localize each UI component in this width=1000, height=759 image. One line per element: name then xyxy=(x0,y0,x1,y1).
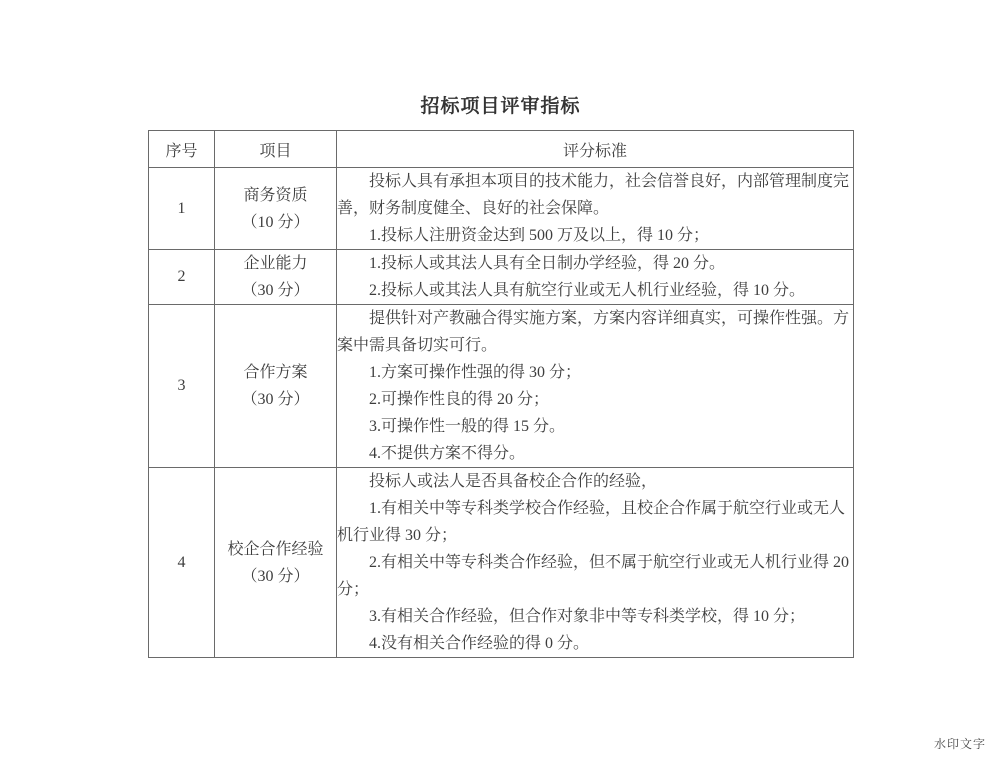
criteria-paragraph: 3.可操作性一般的得 15 分。 xyxy=(337,413,853,440)
item-line: （30 分） xyxy=(215,386,336,413)
item-line: （10 分） xyxy=(215,209,336,236)
table-row: 3 合作方案（30 分） 提供针对产教融合得实施方案，方案内容详细真实，可操作性… xyxy=(149,305,854,468)
watermark-text: 水印文字 xyxy=(934,735,986,752)
criteria-table-header: 序号 项目 评分标准 xyxy=(149,131,854,168)
header-cell-criteria: 评分标准 xyxy=(337,131,854,168)
item-line: 商务资质 xyxy=(215,182,336,209)
criteria-paragraph: 投标人或法人是否具备校企合作的经验， xyxy=(337,468,853,495)
criteria-paragraph: 提供针对产教融合得实施方案，方案内容详细真实，可操作性强。方案中需具备切实可行。 xyxy=(337,305,853,359)
criteria-paragraph: 2.可操作性良的得 20 分； xyxy=(337,386,853,413)
criteria-paragraph: 1.有相关中等专科类学校合作经验，且校企合作属于航空行业或无人机行业得 30 分… xyxy=(337,495,853,549)
row-number: 1 xyxy=(149,168,215,250)
criteria-cell: 提供针对产教融合得实施方案，方案内容详细真实，可操作性强。方案中需具备切实可行。… xyxy=(337,305,854,468)
criteria-paragraph: 4.不提供方案不得分。 xyxy=(337,440,853,467)
table-row: 1 商务资质（10 分） 投标人具有承担本项目的技术能力，社会信誉良好，内部管理… xyxy=(149,168,854,250)
criteria-paragraph: 1.投标人注册资金达到 500 万及以上，得 10 分； xyxy=(337,222,853,249)
criteria-table-body: 1 商务资质（10 分） 投标人具有承担本项目的技术能力，社会信誉良好，内部管理… xyxy=(149,168,854,658)
row-number: 4 xyxy=(149,468,215,658)
item-cell: 合作方案（30 分） xyxy=(215,305,337,468)
item-line: 企业能力 xyxy=(215,250,336,277)
row-number: 3 xyxy=(149,305,215,468)
criteria-paragraph: 2.有相关中等专科类合作经验，但不属于航空行业或无人机行业得 20 分； xyxy=(337,549,853,603)
header-cell-no: 序号 xyxy=(149,131,215,168)
item-cell: 校企合作经验（30 分） xyxy=(215,468,337,658)
criteria-cell: 投标人或法人是否具备校企合作的经验，1.有相关中等专科类学校合作经验，且校企合作… xyxy=(337,468,854,658)
header-row: 序号 项目 评分标准 xyxy=(149,131,854,168)
criteria-table: 序号 项目 评分标准 1 商务资质（10 分） 投标人具有承担本项目的技术能力，… xyxy=(148,130,854,658)
criteria-paragraph: 4.没有相关合作经验的得 0 分。 xyxy=(337,630,853,657)
table-row: 4 校企合作经验（30 分） 投标人或法人是否具备校企合作的经验，1.有相关中等… xyxy=(149,468,854,658)
criteria-paragraph: 2.投标人或其法人具有航空行业或无人机行业经验，得 10 分。 xyxy=(337,277,853,304)
item-line: 合作方案 xyxy=(215,359,336,386)
item-line: （30 分） xyxy=(215,563,336,590)
criteria-paragraph: 1.投标人或其法人具有全日制办学经验，得 20 分。 xyxy=(337,250,853,277)
document-page: 招标项目评审指标 序号 项目 评分标准 1 商务资质（10 分） 投标人具有承担… xyxy=(0,0,1000,759)
criteria-cell: 1.投标人或其法人具有全日制办学经验，得 20 分。2.投标人或其法人具有航空行… xyxy=(337,250,854,305)
row-number: 2 xyxy=(149,250,215,305)
item-line: 校企合作经验 xyxy=(215,536,336,563)
item-cell: 企业能力（30 分） xyxy=(215,250,337,305)
header-cell-item: 项目 xyxy=(215,131,337,168)
item-line: （30 分） xyxy=(215,277,336,304)
criteria-paragraph: 投标人具有承担本项目的技术能力，社会信誉良好，内部管理制度完善，财务制度健全、良… xyxy=(337,168,853,222)
criteria-cell: 投标人具有承担本项目的技术能力，社会信誉良好，内部管理制度完善，财务制度健全、良… xyxy=(337,168,854,250)
table-row: 2 企业能力（30 分） 1.投标人或其法人具有全日制办学经验，得 20 分。2… xyxy=(149,250,854,305)
criteria-paragraph: 3.有相关合作经验，但合作对象非中等专科类学校，得 10 分； xyxy=(337,603,853,630)
item-cell: 商务资质（10 分） xyxy=(215,168,337,250)
criteria-paragraph: 1.方案可操作性强的得 30 分； xyxy=(337,359,853,386)
page-title: 招标项目评审指标 xyxy=(148,91,853,118)
